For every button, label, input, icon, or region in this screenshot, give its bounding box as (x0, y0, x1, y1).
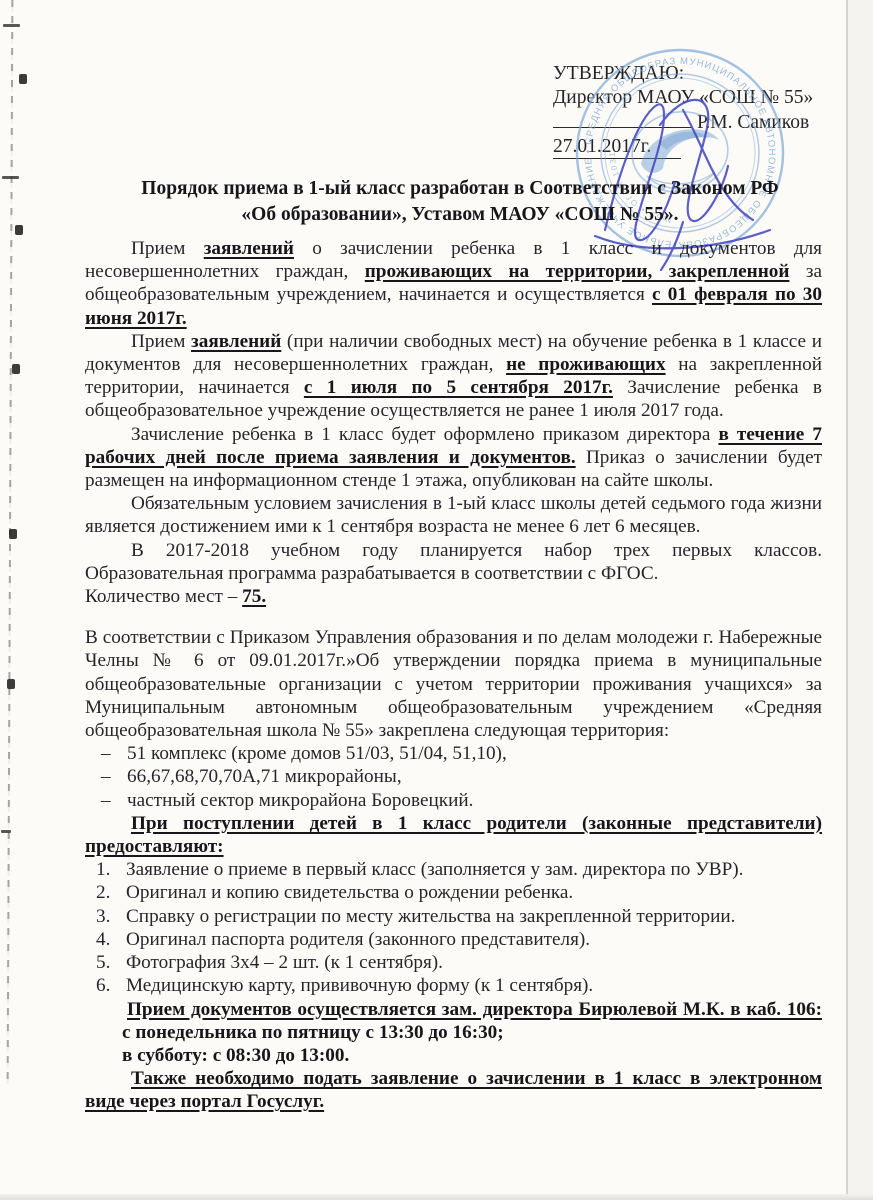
list-number: 1. (85, 858, 126, 881)
document-item-text: Медицинскую карту, прививочную форму (к … (126, 974, 593, 997)
document-list-item: 5.Фотография 3х4 – 2 шт. (к 1 сентября). (85, 951, 822, 974)
text-run-emphasis: Прием документов осуществляется зам. дир… (127, 999, 822, 1020)
document-page: УТВЕРЖДАЮ: Директор МАОУ «СОШ № 55» Р.М.… (0, 0, 873, 1200)
list-number: 2. (85, 881, 126, 904)
document-item-text: Оригинал и копию свидетельства о рождени… (126, 881, 573, 904)
text-run-emphasis: заявлений (191, 331, 281, 352)
paragraph-territory-order: В соответствии с Приказом Управления обр… (85, 626, 822, 742)
text-run: Прием (131, 238, 204, 259)
scan-artifact-blob (9, 529, 17, 539)
scan-artifact-bottom-edge (0, 1194, 873, 1200)
approval-signer-name: Р.М. Самиков (697, 112, 809, 133)
territory-list-item: –51 комплекс (кроме домов 51/03, 51/04, … (85, 742, 822, 765)
document-title: Порядок приема в 1-ый класс разработан в… (90, 176, 830, 227)
territory-text: частный сектор микрорайона Боровецкий. (127, 789, 473, 812)
dash-bullet: – (85, 765, 127, 788)
scan-artifact-tick (1, 830, 11, 833)
text-run-emphasis: Также необходимо подать заявление о зачи… (85, 1068, 822, 1112)
scan-artifact-blob (15, 225, 23, 235)
territory-text: 66,67,68,70,70А,71 микрорайоны, (127, 765, 402, 788)
approval-date: 27.01.2017г. (553, 135, 681, 160)
territory-list-item: –66,67,68,70,70А,71 микрорайоны, (85, 765, 822, 788)
approval-signature-row: Р.М. Самиков (553, 109, 803, 135)
paragraph-applications-nonresident: Прием заявлений (при наличии свободных м… (85, 330, 822, 423)
list-number: 5. (85, 951, 126, 974)
scan-artifact-blob (7, 679, 15, 689)
scan-artifact-blob (12, 364, 20, 374)
approval-label: УТВЕРЖДАЮ: (553, 62, 803, 86)
seats-label: Количество мест – (85, 586, 242, 607)
document-item-text: Заявление о приеме в первый класс (запол… (126, 858, 743, 881)
document-item-text: Справку о регистрации по месту жительств… (126, 905, 735, 928)
dash-bullet: – (85, 789, 127, 812)
text-run: Зачисление ребенка в 1 класс будет оформ… (131, 424, 718, 445)
document-list-item: 2.Оригинал и копию свидетельства о рожде… (85, 881, 822, 904)
document-item-text: Оригинал паспорта родителя (законного пр… (126, 928, 590, 951)
text-run-emphasis: с 1 июля по 5 сентября 2017г. (304, 377, 613, 398)
scan-artifact-tick (3, 24, 20, 27)
text-run-emphasis: заявлений (204, 238, 294, 259)
paragraph-enrollment-order: Зачисление ребенка в 1 класс будет оформ… (85, 423, 822, 493)
seats-value: 75. (242, 586, 266, 607)
territory-text: 51 комплекс (кроме домов 51/03, 51/04, 5… (127, 742, 507, 765)
reception-saturday-hours: в субботу: с 08:30 до 13:00. (85, 1044, 822, 1067)
document-title-line2: «Об образовании», Уставом МАОУ «СОШ № 55… (90, 202, 830, 228)
document-list-item: 3.Справку о регистрации по месту жительс… (85, 905, 822, 928)
scan-artifact-right-strip (848, 0, 873, 1200)
territory-list-item: –частный сектор микрорайона Боровецкий. (85, 789, 822, 812)
seats-count-line: Количество мест – 75. (85, 585, 822, 608)
document-body: Прием заявлений о зачислении ребенка в 1… (85, 237, 822, 1114)
list-number: 4. (85, 928, 126, 951)
approval-date-row: 27.01.2017г. (553, 135, 803, 160)
approval-director-line: Директор МАОУ «СОШ № 55» (553, 86, 803, 110)
paragraph-applications-resident: Прием заявлений о зачислении ребенка в 1… (85, 237, 822, 330)
list-number: 6. (85, 974, 126, 997)
dash-bullet: – (85, 742, 127, 765)
text-run: Прием (131, 331, 191, 352)
paragraph-age-requirement: Обязательным условием зачисления в 1-ый … (85, 492, 822, 538)
text-run-emphasis: При поступлении детей в 1 класс родители… (85, 813, 822, 857)
list-number: 3. (85, 905, 126, 928)
text-run-emphasis: не проживающих (506, 354, 666, 375)
documents-required-heading: При поступлении детей в 1 класс родители… (85, 812, 822, 858)
gosuslugi-note: Также необходимо подать заявление о зачи… (85, 1067, 822, 1113)
scan-artifact-right-edge-line (846, 0, 848, 1200)
reception-weekday-hours: с понедельника по пятницу с 13:30 до 16:… (85, 1021, 822, 1044)
document-list-item: 6.Медицинскую карту, прививочную форму (… (85, 974, 822, 997)
document-list-item: 1.Заявление о приеме в первый класс (зап… (85, 858, 822, 881)
document-title-line1: Порядок приема в 1-ый класс разработан в… (90, 176, 830, 202)
reception-heading: Прием документов осуществляется зам. дир… (85, 998, 822, 1021)
scan-artifact-left-edge-line (7, 0, 14, 1085)
document-list-item: 4.Оригинал паспорта родителя (законного … (85, 928, 822, 951)
paragraph-class-plan: В 2017-2018 учебном году планируется наб… (85, 539, 822, 585)
text-run-emphasis: проживающих на территории, закрепленной (365, 261, 790, 282)
signature-line (553, 109, 691, 128)
scan-artifact-blob (19, 74, 27, 84)
document-item-text: Фотография 3х4 – 2 шт. (к 1 сентября). (126, 951, 443, 974)
scan-artifact-tick (2, 176, 19, 179)
approval-block: УТВЕРЖДАЮ: Директор МАОУ «СОШ № 55» Р.М.… (553, 62, 803, 159)
